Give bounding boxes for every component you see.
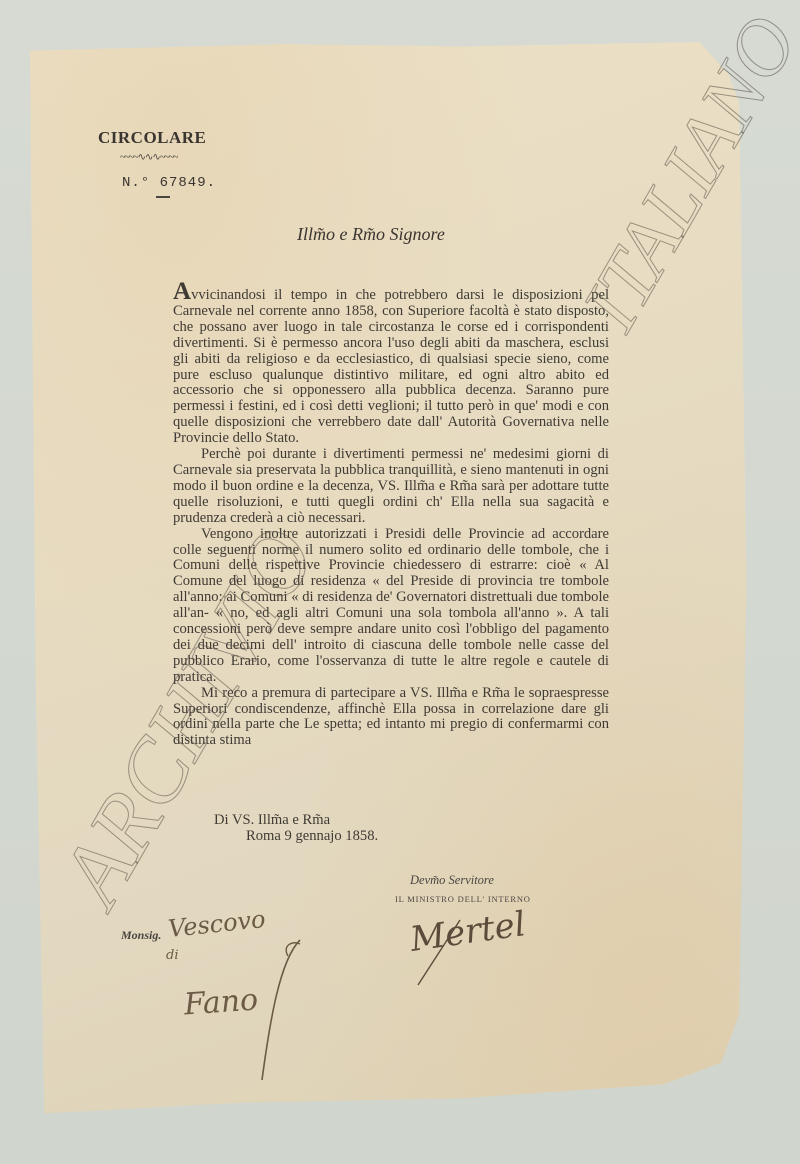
body-text: Avvicinandosi il tempo in che potrebbero… — [173, 285, 609, 749]
drop-cap: A — [173, 278, 191, 305]
closing-block: Di VS. Illm̃a e Rm̃a Roma 9 gennajo 1858… — [214, 812, 378, 844]
place-date: Roma 9 gennajo 1858. — [214, 828, 378, 844]
addressee-printed: Monsig. — [121, 928, 161, 943]
short-rule — [156, 196, 170, 198]
salutation: Illm̃o e Rm̃o Signore — [297, 224, 445, 245]
servitore-line: Devm̃o Servitore — [410, 873, 494, 888]
circular-number: N.° 67849. — [122, 175, 216, 191]
handwritten-fano: Fano — [183, 982, 259, 1022]
paragraph-2: Perchè poi durante i divertimenti permes… — [173, 447, 609, 527]
ornament-divider: ~~~~∿∿∿~~~~ — [120, 152, 177, 163]
paragraph-1-text: vvicinandosi il tempo in che potrebbero … — [173, 287, 609, 446]
paragraph-1: Avvicinandosi il tempo in che potrebbero… — [173, 285, 609, 447]
closing-line: Di VS. Illm̃a e Rm̃a — [214, 812, 378, 828]
paragraph-4: Mi reco a premura di partecipare a VS. I… — [173, 686, 609, 750]
minister-title: IL MINISTRO DELL' INTERNO — [395, 894, 531, 904]
handwritten-di: di — [166, 948, 178, 963]
paragraph-3: Vengono inoltre autorizzati i Presidi de… — [173, 527, 609, 686]
document-type-heading: CIRCOLARE — [98, 128, 206, 148]
